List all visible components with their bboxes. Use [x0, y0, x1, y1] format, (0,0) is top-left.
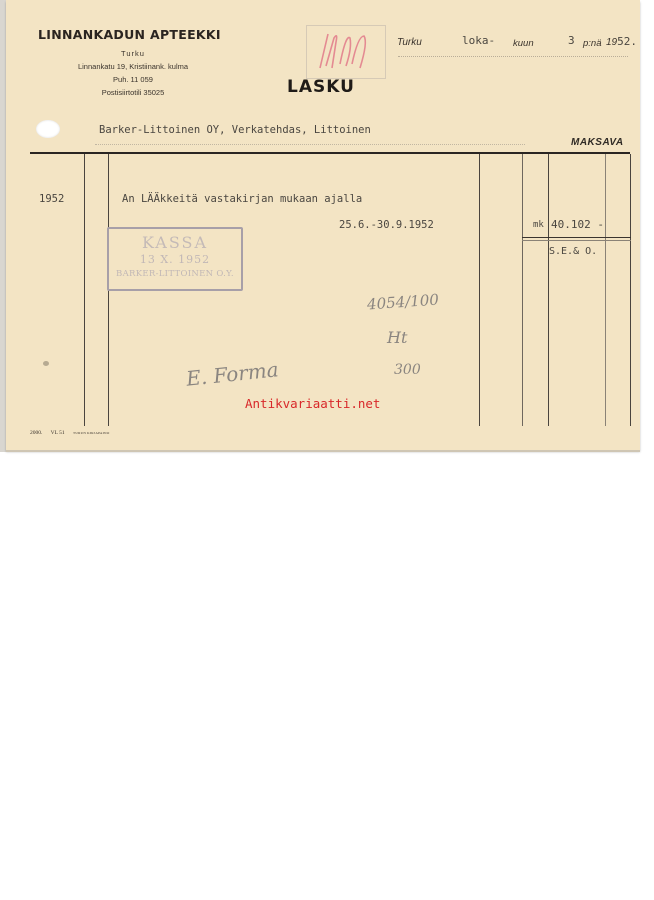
company-name: LINNANKADUN APTEEKKI	[38, 27, 221, 42]
stamp-company: BARKER-LITTOINEN O.Y.	[109, 269, 241, 279]
date-year-prefix: 19	[606, 37, 617, 48]
date-month: loka-	[462, 34, 495, 47]
column-divider	[630, 154, 631, 426]
handwritten-number: 300	[394, 362, 421, 378]
date-place: Turku	[397, 37, 422, 48]
footer-code: VL 51	[51, 430, 65, 436]
date-year: 1952.	[606, 35, 637, 48]
payer-name: Barker-Littoinen OY, Verkatehdas, Littoi…	[99, 124, 371, 136]
line-item-description: An LÄÄkkeitä vastakirjan mukaan ajalla	[122, 193, 362, 205]
column-divider	[84, 154, 85, 426]
print-footer: 2000. VL 51 TURUN KIRJAPAINO	[30, 430, 116, 436]
column-divider	[605, 154, 606, 426]
document-title: LASKU	[287, 77, 355, 97]
line-item-period: 25.6.-30.9.1952	[339, 219, 434, 231]
table-top-rule	[30, 152, 630, 154]
punch-hole	[36, 120, 60, 138]
date-year-suffix: 52.	[617, 35, 637, 48]
payer-label: MAKSAVA	[571, 137, 624, 148]
date-dotted-line	[398, 55, 628, 57]
red-reference-mark-icon	[312, 28, 372, 74]
company-city: Turku	[63, 49, 203, 58]
watermark: Antikvariaatti.net	[245, 396, 380, 411]
stamp-title: KASSA	[109, 233, 241, 252]
paper-bottom-edge	[6, 450, 640, 452]
footer-print-run: 2000.	[30, 430, 42, 436]
kassa-stamp: KASSA 13 X. 1952 BARKER-LITTOINEN O.Y.	[107, 227, 243, 291]
line-item-year: 1952	[39, 193, 64, 205]
line-item-amount: 40.102 -	[551, 218, 604, 231]
column-divider	[548, 154, 549, 426]
paper-mark	[43, 361, 49, 366]
payer-dotted-line	[95, 143, 525, 145]
errors-omissions-note: S.E.& O.	[549, 246, 597, 257]
handwritten-initials: Ht	[387, 328, 407, 347]
company-postal-giro: Postisiirtotili 35025	[63, 88, 203, 97]
total-rule	[522, 237, 631, 238]
company-address: Linnankatu 19, Kristiinank. kulma	[63, 62, 203, 71]
line-item-currency: mk	[533, 220, 544, 230]
company-phone: Puh. 11 059	[63, 75, 203, 84]
date-day: 3	[568, 34, 575, 47]
column-divider	[479, 154, 480, 426]
stamp-date: 13 X. 1952	[109, 253, 241, 266]
total-rule	[522, 240, 631, 241]
column-divider	[522, 154, 523, 426]
footer-printer: TURUN KIRJAPAINO	[73, 431, 109, 435]
date-kuun-label: kuun	[513, 38, 534, 49]
date-pna-label: p:nä	[583, 38, 602, 49]
